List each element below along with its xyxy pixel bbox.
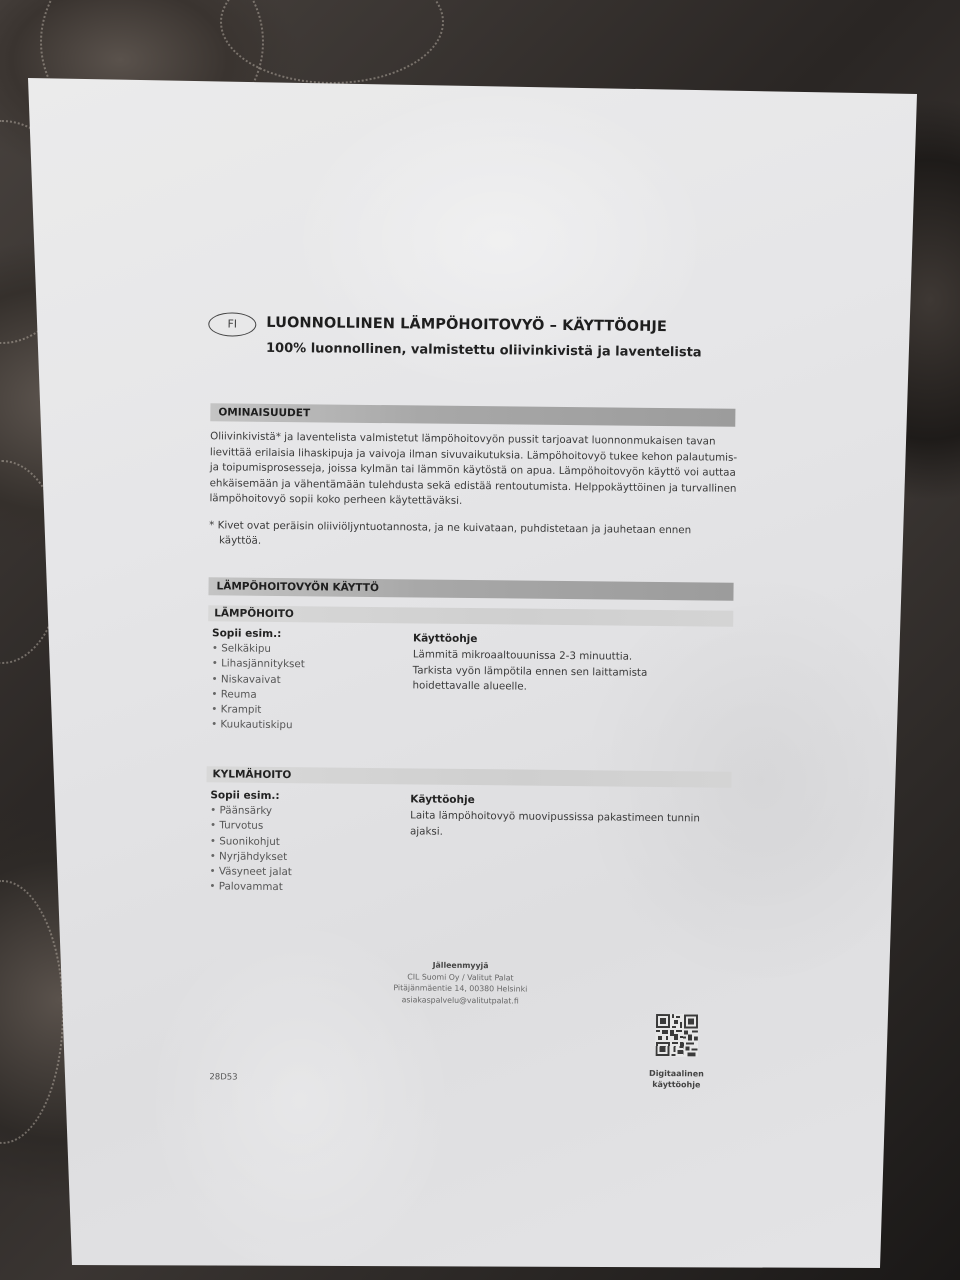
list-item: Krampit <box>211 702 304 718</box>
usage-heading: LÄMPÖHOITOVYÖN KÄYTTÖ <box>208 577 733 600</box>
qr-label-line2: käyttöohje <box>636 1079 716 1091</box>
list-item: Niskavaivat <box>211 672 304 688</box>
list-item: Kuukautiskipu <box>211 718 304 734</box>
heat-suitable-list: Selkäkipu Lihasjännitykset Niskavaivat R… <box>211 641 305 734</box>
list-item: Nyrjähdykset <box>210 849 292 865</box>
cold-instructions-label: Käyttöohje <box>410 793 475 806</box>
qr-code-icon[interactable] <box>656 1014 698 1056</box>
document-title: LUONNOLLINEN LÄMPÖHOITOVYÖ – KÄYTTÖOHJE <box>266 315 667 335</box>
features-paragraph: Oliivinkivistä* ja laventelista valmiste… <box>209 429 740 513</box>
cold-suitable-list: Päänsärky Turvotus Suonikohjut Nyrjähdyk… <box>209 803 292 896</box>
heat-suitable-label: Sopii esim.: <box>212 627 281 640</box>
instruction-sheet: FI LUONNOLLINEN LÄMPÖHOITOVYÖ – KÄYTTÖOH… <box>0 0 960 1280</box>
usage-section-header: LÄMPÖHOITOVYÖN KÄYTTÖ <box>208 577 733 600</box>
list-item: Reuma <box>211 687 304 703</box>
heat-instructions-label: Käyttöohje <box>413 632 478 645</box>
features-heading: OMINAISUUDET <box>210 403 735 426</box>
list-item: Suonikohjut <box>210 834 292 850</box>
language-badge: FI <box>208 312 256 337</box>
list-item: Päänsärky <box>210 803 292 819</box>
product-code: 28D53 <box>209 1072 237 1082</box>
list-item: Väsyneet jalat <box>209 864 291 880</box>
document-subtitle: 100% luonnollinen, valmistettu oliivinki… <box>266 341 702 361</box>
qr-label: Digitaalinen käyttöohje <box>636 1068 716 1091</box>
heat-subsection-header: LÄMPÖHOITO <box>208 605 733 626</box>
list-item: Selkäkipu <box>212 641 305 657</box>
cold-suitable-label: Sopii esim.: <box>210 789 279 802</box>
list-item: Palovammat <box>209 880 291 896</box>
cold-subsection-header: KYLMÄHOITO <box>206 766 731 787</box>
cold-heading: KYLMÄHOITO <box>206 766 731 787</box>
features-footnote: * Kivet ovat peräisin oliiviöljyntuotann… <box>209 518 729 553</box>
heat-instructions: Lämmitä mikroaaltouunissa 2-3 minuuttia.… <box>412 647 667 696</box>
reseller-info: Jälleenmyyjä CIL Suomi Oy / Valitut Pala… <box>340 959 580 1008</box>
list-item: Turvotus <box>210 819 292 835</box>
list-item: Lihasjännitykset <box>212 657 305 673</box>
heat-heading: LÄMPÖHOITO <box>208 605 733 626</box>
cold-instructions: Laita lämpöhoitovyö muovipussissa pakast… <box>410 808 720 842</box>
features-section-header: OMINAISUUDET <box>210 403 735 426</box>
qr-label-line1: Digitaalinen <box>636 1068 716 1080</box>
reseller-email: asiakaspalvelu@valitutpalat.fi <box>340 993 580 1007</box>
